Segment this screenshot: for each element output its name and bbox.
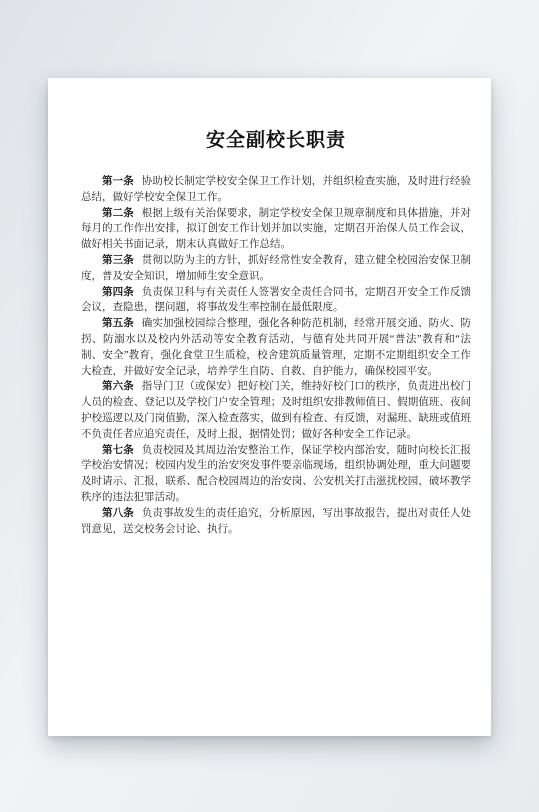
article-number: 第八条 (102, 508, 134, 519)
article-paragraph: 第四条负责保卫科与有关责任人签署安全责任合同书，定期召开安全工作反馈会议，查隐患… (81, 285, 471, 317)
article-number: 第四条 (102, 287, 134, 298)
article-list: 第一条协助校长制定学校安全保卫工作计划，并组织检查实施，及时进行经验总结，做好学… (81, 174, 471, 537)
article-number: 第五条 (102, 318, 134, 329)
article-paragraph: 第三条贯彻以防为主的方针，抓好经常性安全教育，建立健全校园治安保卫制度，普及安全… (81, 253, 471, 285)
article-paragraph: 第八条负责事故发生的责任追究，分析原因，写出事故报告，提出对责任人处罚意见，送交… (81, 506, 471, 538)
backdrop: 安全副校长职责 第一条协助校长制定学校安全保卫工作计划，并组织检查实施，及时进行… (0, 0, 539, 812)
article-number: 第三条 (102, 255, 134, 266)
article-paragraph: 第七条负责校园及其周边治安整治工作，保证学校内部治安，随时向校长汇报学校治安情况… (81, 443, 471, 506)
document-page: 安全副校长职责 第一条协助校长制定学校安全保卫工作计划，并组织检查实施，及时进行… (48, 78, 491, 736)
article-number: 第七条 (102, 445, 134, 456)
article-number: 第六条 (102, 381, 134, 392)
document-title: 安全副校长职责 (81, 128, 471, 154)
article-paragraph: 第六条指导门卫（或保安）把好校门关，维持好校门口的秩序，负责进出校门人员的检查、… (81, 379, 471, 442)
article-paragraph: 第二条根据上级有关治保要求，制定学校安全保卫规章制度和具体措施，并对每月的工作作… (81, 206, 471, 253)
article-paragraph: 第五条确实加强校园综合整理，强化各种防范机制，经常开展交通、防火、防拐、防溺水以… (81, 316, 471, 379)
article-paragraph: 第一条协助校长制定学校安全保卫工作计划，并组织检查实施，及时进行经验总结，做好学… (81, 174, 471, 206)
article-number: 第一条 (102, 176, 134, 187)
article-number: 第二条 (102, 208, 134, 219)
